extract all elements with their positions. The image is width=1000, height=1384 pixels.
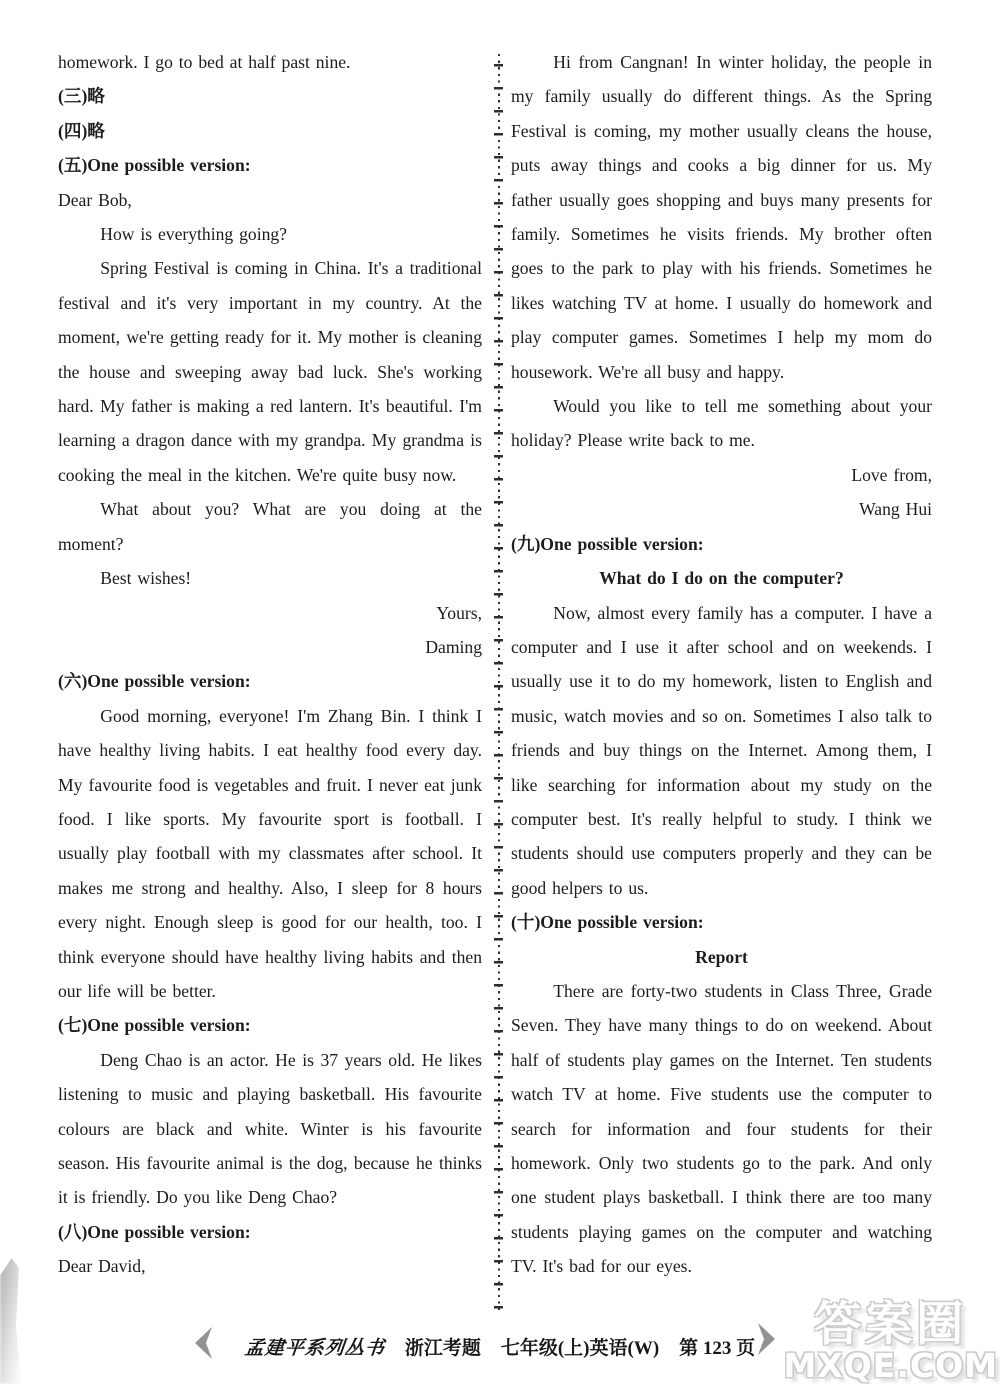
watermark: 答案圈 MXQE.COM	[783, 1300, 998, 1384]
letter-signature: Daming	[58, 630, 482, 664]
letter-salutation: Dear Bob,	[58, 183, 482, 217]
letter-closing: Love from,	[511, 458, 932, 492]
column-divider	[494, 54, 503, 1310]
letter-wishes-line: Best wishes!	[58, 561, 482, 595]
essay-title: Report	[511, 940, 932, 974]
right-column: Hi from Cangnan! In winter holiday, the …	[511, 45, 932, 1284]
section-heading-4: (四)略	[58, 114, 482, 148]
essay-paragraph: Deng Chao is an actor. He is 37 years ol…	[58, 1043, 482, 1215]
watermark-site-text: MXQE.COM	[783, 1349, 998, 1384]
essay-paragraph: Spring Festival is coming in China. It's…	[58, 251, 482, 492]
section-heading-8: (八)One possible version:	[58, 1215, 482, 1249]
essay-paragraph: Hi from Cangnan! In winter holiday, the …	[511, 45, 932, 389]
letter-salutation: Dear David,	[58, 1249, 482, 1283]
letter-opening-line: How is everything going?	[58, 217, 482, 251]
section-heading-3: (三)略	[58, 79, 482, 113]
footer-edition: 七年级(上)英语(W)	[501, 1333, 659, 1360]
section-heading-9: (九)One possible version:	[511, 527, 932, 561]
watermark-logo-text: 答案圈	[783, 1300, 998, 1349]
section-heading-10: (十)One possible version:	[511, 905, 932, 939]
essay-paragraph: Good morning, everyone! I'm Zhang Bin. I…	[58, 699, 482, 1009]
continuation-line: homework. I go to bed at half past nine.	[58, 45, 482, 79]
letter-closing: Yours,	[58, 596, 482, 630]
section-heading-5: (五)One possible version:	[58, 148, 482, 182]
left-column: homework. I go to bed at half past nine.…	[58, 45, 482, 1284]
footer-series-name: 孟建平系列丛书	[243, 1333, 386, 1360]
section-heading-6: (六)One possible version:	[58, 664, 482, 698]
footer-page-number: 第 123 页	[679, 1333, 755, 1360]
answer-key-page: homework. I go to bed at half past nine.…	[0, 0, 1000, 1384]
section-heading-7: (七)One possible version:	[58, 1008, 482, 1042]
essay-title: What do I do on the computer?	[511, 561, 932, 595]
letter-signature: Wang Hui	[511, 492, 932, 526]
essay-paragraph: What about you? What are you doing at th…	[58, 492, 482, 561]
essay-paragraph: Now, almost every family has a computer.…	[511, 596, 932, 906]
footer-exam-name: 浙江考题	[405, 1333, 481, 1360]
essay-paragraph: There are forty-two students in Class Th…	[511, 974, 932, 1284]
essay-paragraph: Would you like to tell me something abou…	[511, 389, 932, 458]
